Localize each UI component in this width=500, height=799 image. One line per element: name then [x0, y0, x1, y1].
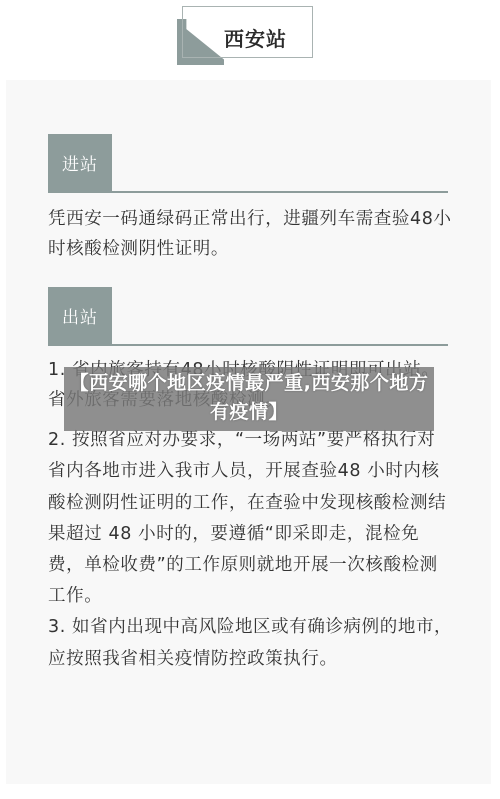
section-header-entry: 进站 [48, 134, 448, 193]
caption-overlay: 【西安哪个地区疫情最严重,西安那个地方有疫情】 [64, 367, 434, 431]
page-title: 西安站 [224, 23, 287, 52]
station-title-badge: 西安站 [176, 5, 318, 67]
section-tag-entry: 进站 [48, 134, 112, 191]
section-header-exit: 出站 [48, 287, 448, 346]
exit-paragraph-3: 3. 如省内出现中高风险地区或有确诊病例的地市，应按照我省相关疫情防控政策执行。 [48, 611, 453, 675]
caption-text: 【西安哪个地区疫情最严重,西安那个地方有疫情】 [64, 369, 434, 427]
entry-paragraph: 凭西安一码通绿码正常出行，进疆列车需查验48小时核酸检测阴性证明。 [48, 204, 453, 264]
exit-paragraph-2: 2. 按照省应对办要求，“一场两站”要严格执行对省内各地市进入我市人员，开展查验… [48, 425, 453, 613]
section-tag-exit: 出站 [48, 287, 112, 344]
